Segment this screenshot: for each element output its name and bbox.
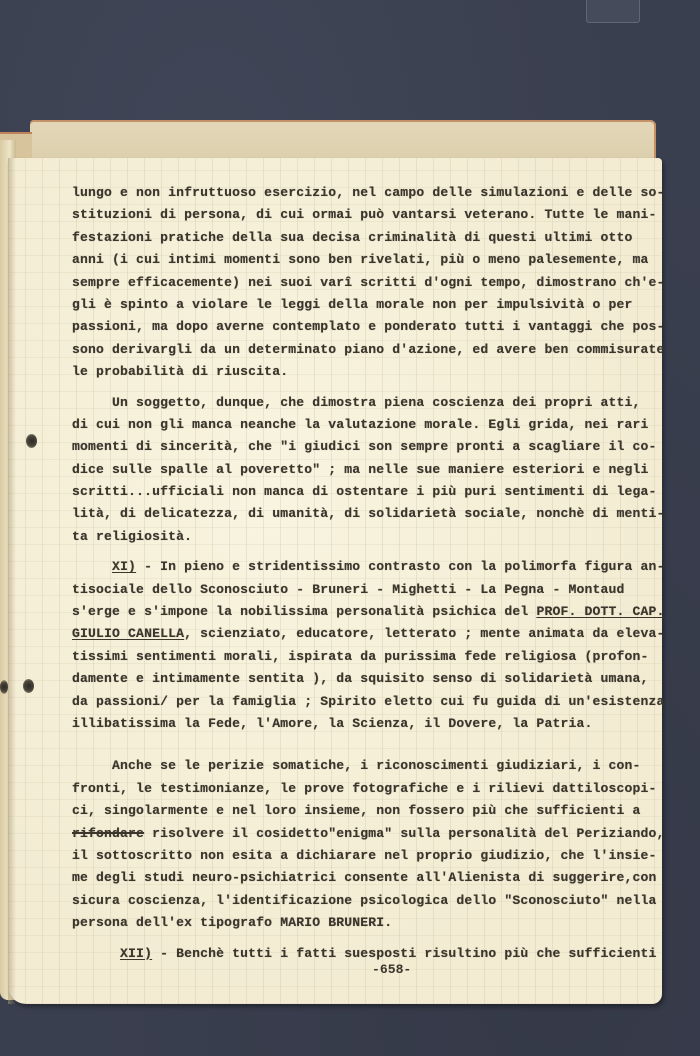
text-line: sempre efficacemente) nei suoi varî scri…	[72, 272, 652, 294]
text-line: le probabilità di riuscita.	[72, 361, 652, 383]
underlined-title: PROF. DOTT. CAP.	[536, 604, 664, 619]
text-line: s'erge e s'impone la nobilissima persona…	[72, 601, 652, 623]
text-line: lità, di delicatezza, di umanità, di sol…	[72, 503, 652, 525]
punch-hole	[23, 679, 34, 693]
page-number: -658-	[372, 962, 411, 977]
punch-hole	[26, 434, 37, 448]
section-marker: XII)	[120, 946, 152, 961]
text-line: ta religiosità.	[72, 526, 652, 548]
struck-out-word: rifondare	[72, 826, 144, 841]
paragraph-4: Anche se le perizie somatiche, i riconos…	[72, 755, 652, 934]
text-line: momenti di sincerità, che "i giudici son…	[72, 436, 652, 458]
paragraph-section-xi: XI) - In pieno e stridentissimo contrast…	[72, 556, 652, 735]
text-line: lungo e non infruttuoso esercizio, nel c…	[72, 182, 652, 204]
text-line: sono derivargli da un determinato piano …	[72, 339, 652, 361]
paragraph-1: lungo e non infruttuoso esercizio, nel c…	[72, 182, 652, 384]
underlined-name: GIULIO CANELLA	[72, 626, 184, 641]
paragraph-2: Un soggetto, dunque, che dimostra piena …	[72, 392, 652, 549]
text-line: scritti...ufficiali non manca di ostenta…	[72, 481, 652, 503]
binder-clip	[586, 0, 640, 23]
text-line: rifondare risolvere il cosidetto"enigma"…	[72, 823, 652, 845]
text-line: Anche se le perizie somatiche, i riconos…	[72, 755, 652, 777]
text-line: dice sulle spalle al poveretto" ; ma nel…	[72, 459, 652, 481]
page-body: lungo e non infruttuoso esercizio, nel c…	[72, 182, 652, 965]
text-line: illibatissima la Fede, l'Amore, la Scien…	[72, 713, 652, 735]
text-line: sicura coscienza, l'identificazione psic…	[72, 890, 652, 912]
text-line: stituzioni di persona, di cui ormai può …	[72, 204, 652, 226]
text-line: damente e intimamente sentita ), da squi…	[72, 668, 652, 690]
text-line: persona dell'ex tipografo MARIO BRUNERI.	[72, 912, 652, 934]
text-line: me degli studi neuro-psichiatrici consen…	[72, 867, 652, 889]
text-line: ci, singolarmente e nel loro insieme, no…	[72, 800, 652, 822]
text-line: passioni, ma dopo averne contemplato e p…	[72, 316, 652, 338]
text-line: GIULIO CANELLA, scienziato, educatore, l…	[72, 623, 652, 645]
section-marker: XI)	[112, 559, 136, 574]
text-line: di cui non gli manca neanche la valutazi…	[72, 414, 652, 436]
text-line: da passioni/ per la famiglia ; Spirito e…	[72, 691, 652, 713]
text-line: XII) - Benchè tutti i fatti suesposti ri…	[72, 943, 652, 965]
punch-hole	[0, 680, 8, 694]
paragraph-section-xii: XII) - Benchè tutti i fatti suesposti ri…	[72, 943, 652, 965]
text-line: festazioni pratiche della sua decisa cri…	[72, 227, 652, 249]
text-line: Un soggetto, dunque, che dimostra piena …	[72, 392, 652, 414]
text-line: gli è spinto a violare le leggi della mo…	[72, 294, 652, 316]
text-line: anni (i cui intimi momenti sono ben rive…	[72, 249, 652, 271]
text-line: tissimi sentimenti morali, ispirata da p…	[72, 646, 652, 668]
text-line: il sottoscritto non esita a dichiarare n…	[72, 845, 652, 867]
text-line: tisociale dello Sconosciuto - Bruneri - …	[72, 579, 652, 601]
text-line: fronti, le testimonianze, le prove fotog…	[72, 778, 652, 800]
text-line: XI) - In pieno e stridentissimo contrast…	[72, 556, 652, 578]
